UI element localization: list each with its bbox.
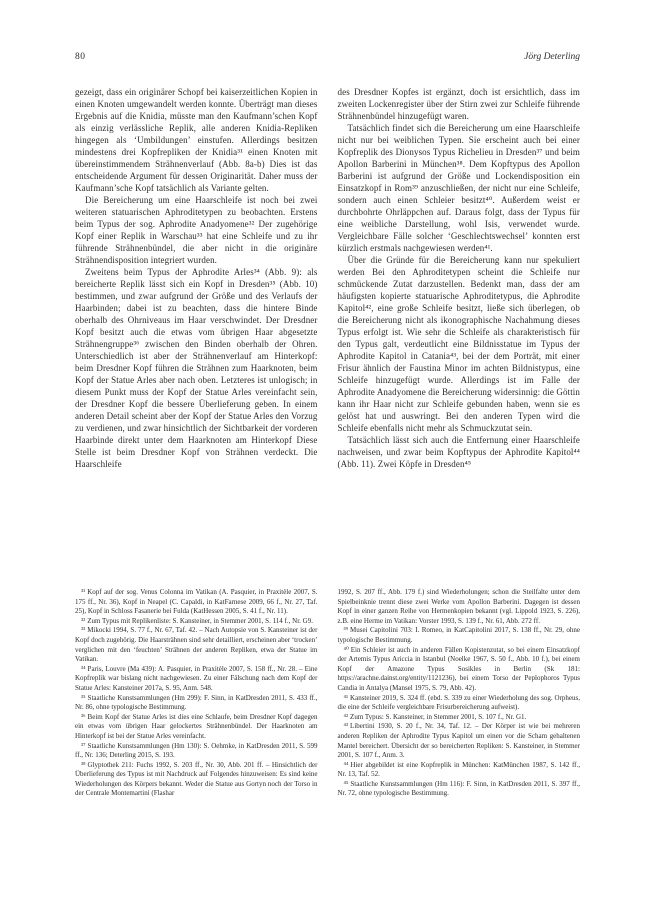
- footnote-text: Staatliche Kunstsammlungen (Hm 116): F. …: [338, 780, 581, 798]
- footnote-text: Mikocki 1994, S. 77 f., Nr. 67, Taf. 42.…: [75, 626, 318, 663]
- footnote-text: Paris, Louvre (Ma 439): A. Pasquier, in …: [75, 665, 318, 692]
- body-text-columns: gezeigt, dass ein originärer Schopf bei …: [75, 86, 580, 548]
- paper-page: 80 Jörg Deterling gezeigt, dass ein orig…: [0, 0, 650, 898]
- footnote-marker: ⁴³: [344, 722, 349, 730]
- footnote: ³¹Kopf auf der sog. Venus Colonna im Vat…: [75, 588, 318, 617]
- footnote-marker: ³³: [81, 626, 85, 634]
- body-paragraph: Die Bereicherung um eine Haarschleife is…: [75, 194, 318, 266]
- footnote-text: Kopf auf der sog. Venus Colonna im Vatik…: [75, 588, 318, 615]
- footnotes-section: ³¹Kopf auf der sog. Venus Colonna im Vat…: [75, 588, 580, 799]
- footnote-marker: ³⁴: [81, 665, 86, 673]
- footnote-column-left: ³¹Kopf auf der sog. Venus Colonna im Vat…: [75, 588, 318, 799]
- right-column: des Dresdner Kopfes ist ergänzt, doch is…: [338, 86, 581, 548]
- footnote-marker: ³²: [81, 617, 85, 625]
- footnote-text: Libertini 1930, S. 20 f., Nr. 34, Taf. 1…: [338, 722, 581, 759]
- body-paragraph: gezeigt, dass ein originärer Schopf bei …: [75, 86, 318, 194]
- footnote: ⁴⁰Ein Schleier ist auch in anderen Fälle…: [338, 646, 581, 694]
- footnote-marker: ⁴⁰: [344, 646, 349, 654]
- body-paragraph: Über die Gründe für die Bereicherung kan…: [338, 254, 581, 434]
- footnote-text: Staatliche Kunstsammlungen (Hm 130): S. …: [75, 742, 318, 760]
- body-paragraph: Tatsächlich findet sich die Bereicherung…: [338, 122, 581, 254]
- footnote: ³³Mikocki 1994, S. 77 f., Nr. 67, Taf. 4…: [75, 626, 318, 664]
- page-number: 80: [75, 52, 86, 63]
- footnote: ³⁵Staatliche Kunstsammlungen (Hm 299): F…: [75, 694, 318, 713]
- footnote-text: Glyptothek 211: Fuchs 1992, S. 203 ff., …: [75, 761, 318, 798]
- footnote: ⁴¹Kansteiner 2019, S. 324 ff. (ebd. S. 3…: [338, 694, 581, 713]
- footnote-marker: ³⁹: [344, 626, 349, 634]
- footnote: ³⁴Paris, Louvre (Ma 439): A. Pasquier, i…: [75, 665, 318, 694]
- footnote-text: 1992, S. 207 ff., Abb. 179 f.) sind Wied…: [338, 588, 581, 625]
- footnote-column-right: 1992, S. 207 ff., Abb. 179 f.) sind Wied…: [338, 588, 581, 799]
- footnote-text: Beim Kopf der Statue Arles ist dies eine…: [75, 713, 318, 740]
- footnote: ³⁷Staatliche Kunstsammlungen (Hm 130): S…: [75, 742, 318, 761]
- left-column: gezeigt, dass ein originärer Schopf bei …: [75, 86, 318, 548]
- footnote-text: Zum Typus mit Replikenliste: S. Kanstein…: [87, 617, 313, 625]
- footnote-marker: ⁴²: [344, 713, 349, 721]
- footnote: ⁴²Zum Typus: S. Kansteiner, in Stemmer 2…: [338, 713, 581, 723]
- footnote-text: Zum Typus: S. Kansteiner, in Stemmer 200…: [350, 713, 526, 721]
- footnote-marker: ³⁵: [81, 694, 86, 702]
- running-head-author: Jörg Deterling: [524, 52, 580, 63]
- footnote: ³⁸Glyptothek 211: Fuchs 1992, S. 203 ff.…: [75, 761, 318, 799]
- body-paragraph: des Dresdner Kopfes ist ergänzt, doch is…: [338, 86, 581, 122]
- footnote: ⁴⁵Staatliche Kunstsammlungen (Hm 116): F…: [338, 780, 581, 799]
- footnote-marker: ⁴⁵: [344, 780, 349, 788]
- footnote-marker: ³⁶: [81, 713, 86, 721]
- footnote-marker: ³⁷: [81, 742, 86, 750]
- footnote-marker: ⁴¹: [344, 694, 349, 702]
- body-paragraph: Zweitens beim Typus der Aphrodite Arles³…: [75, 266, 318, 470]
- footnote-text: Staatliche Kunstsammlungen (Hm 299): F. …: [75, 694, 318, 712]
- footnote: ⁴³Libertini 1930, S. 20 f., Nr. 34, Taf.…: [338, 722, 581, 760]
- page-header: 80 Jörg Deterling: [75, 52, 580, 63]
- footnote-text: Ein Schleier ist auch in anderen Fällen …: [338, 646, 581, 692]
- footnote-marker: ³⁸: [81, 761, 86, 769]
- footnote-text: Musei Capitolini 703: I. Romeo, in KatCa…: [338, 626, 581, 644]
- footnote: ³⁶Beim Kopf der Statue Arles ist dies ei…: [75, 713, 318, 742]
- footnote-text: Kansteiner 2019, S. 324 ff. (ebd. S. 339…: [338, 694, 581, 712]
- footnote-marker: ⁴⁴: [344, 761, 349, 769]
- footnote: ⁴⁴Hier abgebildet ist eine Kopfreplik in…: [338, 761, 581, 780]
- footnote: ³⁹Musei Capitolini 703: I. Romeo, in Kat…: [338, 626, 581, 645]
- footnote-continuation: 1992, S. 207 ff., Abb. 179 f.) sind Wied…: [338, 588, 581, 626]
- footnote: ³²Zum Typus mit Replikenliste: S. Kanste…: [75, 617, 318, 627]
- footnote-marker: ³¹: [81, 588, 85, 596]
- footnote-text: Hier abgebildet ist eine Kopfreplik in M…: [338, 761, 581, 779]
- body-paragraph: Tatsächlich lässt sich auch die Entfernu…: [338, 434, 581, 470]
